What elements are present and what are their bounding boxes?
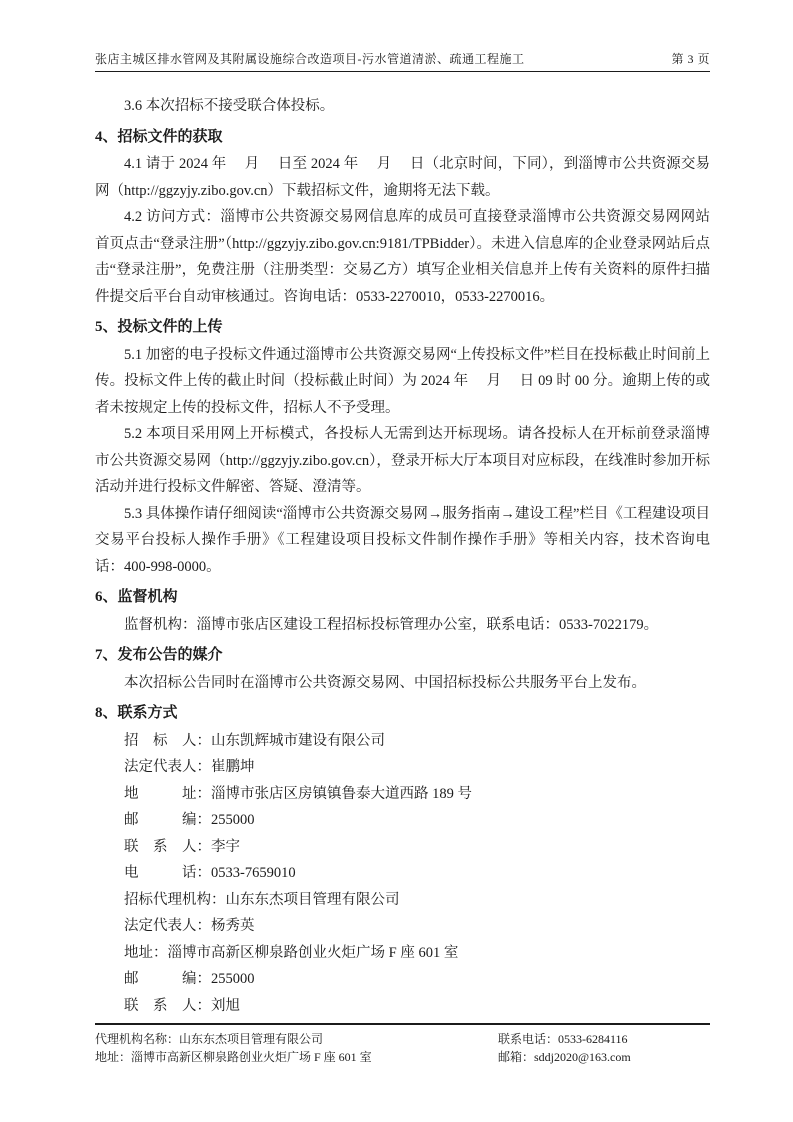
contact-colon: ： <box>197 918 212 934</box>
document-body: 3.6 本次招标不接受联合体投标。4、招标文件的获取4.1 请于 2024 年 … <box>95 93 710 1019</box>
contact-value: 李宇 <box>211 839 240 855</box>
contact-colon: ： <box>197 865 212 881</box>
contact-line: 招标代理机构：山东东杰项目管理有限公司 <box>124 887 710 914</box>
footer-agency-block: 代理机构名称：山东东杰项目管理有限公司 地址：淄博市高新区柳泉路创业火炬广场 F… <box>95 1030 372 1066</box>
contact-line: 地址：淄博市高新区柳泉路创业火炬广场 F 座 601 室 <box>124 940 710 967</box>
contact-colon: ： <box>153 945 168 961</box>
body-paragraph: 4.2 访问方式：淄博市公共资源交易网信息库的成员可直接登录淄博市公共资源交易网… <box>95 204 710 310</box>
contact-line: 联系人：李宇 <box>124 834 710 861</box>
contact-value: 255000 <box>211 971 255 987</box>
contact-colon: ： <box>197 971 212 987</box>
contact-label: 法定代表人 <box>124 918 197 934</box>
contact-line: 法定代表人：崔鹏坤 <box>124 754 710 781</box>
contact-colon: ： <box>197 759 212 775</box>
contact-label: 地址 <box>124 781 197 808</box>
section-heading: 8、联系方式 <box>95 700 710 727</box>
document-page: 张店主城区排水管网及其附属设施综合改造项目-污水管道清淤、疏通工程施工 第 3 … <box>0 0 793 1122</box>
header-page-number: 第 3 页 <box>671 52 710 67</box>
contact-value: 山东东杰项目管理有限公司 <box>226 892 400 908</box>
contact-colon: ： <box>197 812 212 828</box>
body-paragraph: 3.6 本次招标不接受联合体投标。 <box>95 93 710 120</box>
section-heading: 4、招标文件的获取 <box>95 124 710 151</box>
contact-label: 邮编 <box>124 807 197 834</box>
footer-contact-block: 联系电话：0533-6284116 邮箱：sddj2020@163.com <box>498 1030 710 1066</box>
contact-line: 法定代表人：杨秀英 <box>124 913 710 940</box>
contact-value: 淄博市张店区房镇镇鲁泰大道西路 189 号 <box>211 786 472 802</box>
header-title: 张店主城区排水管网及其附属设施综合改造项目-污水管道清淤、疏通工程施工 <box>95 52 525 67</box>
contact-label: 招标人 <box>124 728 197 755</box>
contact-label: 邮编 <box>124 966 197 993</box>
footer-phone: 联系电话：0533-6284116 <box>498 1030 710 1048</box>
contact-value: 刘旭 <box>211 998 240 1014</box>
footer-agency-address: 地址：淄博市高新区柳泉路创业火炬广场 F 座 601 室 <box>95 1048 372 1066</box>
contact-value: 杨秀英 <box>211 918 255 934</box>
contact-line: 邮编：255000 <box>124 966 710 993</box>
contact-line: 电话：0533-7659010 <box>124 860 710 887</box>
contact-value: 255000 <box>211 812 255 828</box>
contact-label: 联系人 <box>124 993 197 1020</box>
contact-label: 电话 <box>124 860 197 887</box>
contact-line: 招标人：山东凯辉城市建设有限公司 <box>124 728 710 755</box>
footer-agency-name: 代理机构名称：山东东杰项目管理有限公司 <box>95 1030 372 1048</box>
body-paragraph: 监督机构：淄博市张店区建设工程招标投标管理办公室，联系电话：0533-70221… <box>95 612 710 639</box>
contact-colon: ： <box>211 892 226 908</box>
section-heading: 6、监督机构 <box>95 584 710 611</box>
contact-label: 招标代理机构 <box>124 892 211 908</box>
section-heading: 7、发布公告的媒介 <box>95 642 710 669</box>
body-paragraph: 5.3 具体操作请仔细阅读“淄博市公共资源交易网→服务指南→建设工程”栏目《工程… <box>95 501 710 581</box>
contact-value: 淄博市高新区柳泉路创业火炬广场 F 座 601 室 <box>168 945 459 961</box>
contact-colon: ： <box>197 839 212 855</box>
contact-label: 法定代表人 <box>124 754 197 781</box>
contact-colon: ： <box>197 786 212 802</box>
body-paragraph: 5.2 本项目采用网上开标模式，各投标人无需到达开标现场。请各投标人在开标前登录… <box>95 421 710 501</box>
body-paragraph: 5.1 加密的电子投标文件通过淄博市公共资源交易网“上传投标文件”栏目在投标截止… <box>95 342 710 422</box>
body-paragraph: 4.1 请于 2024 年 月 日至 2024 年 月 日（北京时间，下同），到… <box>95 151 710 204</box>
contact-label: 地址 <box>124 945 153 961</box>
contact-line: 联系人：刘旭 <box>124 993 710 1020</box>
body-paragraph: 本次招标公告同时在淄博市公共资源交易网、中国招标投标公共服务平台上发布。 <box>95 670 710 697</box>
contact-label: 联系人 <box>124 834 197 861</box>
contact-colon: ： <box>197 998 212 1014</box>
page-header: 张店主城区排水管网及其附属设施综合改造项目-污水管道清淤、疏通工程施工 第 3 … <box>95 52 710 72</box>
contact-value: 山东凯辉城市建设有限公司 <box>211 733 385 749</box>
section-heading: 5、投标文件的上传 <box>95 314 710 341</box>
contact-value: 0533-7659010 <box>211 865 296 881</box>
contact-value: 崔鹏坤 <box>211 759 255 775</box>
contact-line: 邮编：255000 <box>124 807 710 834</box>
contact-colon: ： <box>197 733 212 749</box>
page-footer: 代理机构名称：山东东杰项目管理有限公司 地址：淄博市高新区柳泉路创业火炬广场 F… <box>95 1023 710 1066</box>
footer-email: 邮箱：sddj2020@163.com <box>498 1048 710 1066</box>
contact-line: 地址：淄博市张店区房镇镇鲁泰大道西路 189 号 <box>124 781 710 808</box>
